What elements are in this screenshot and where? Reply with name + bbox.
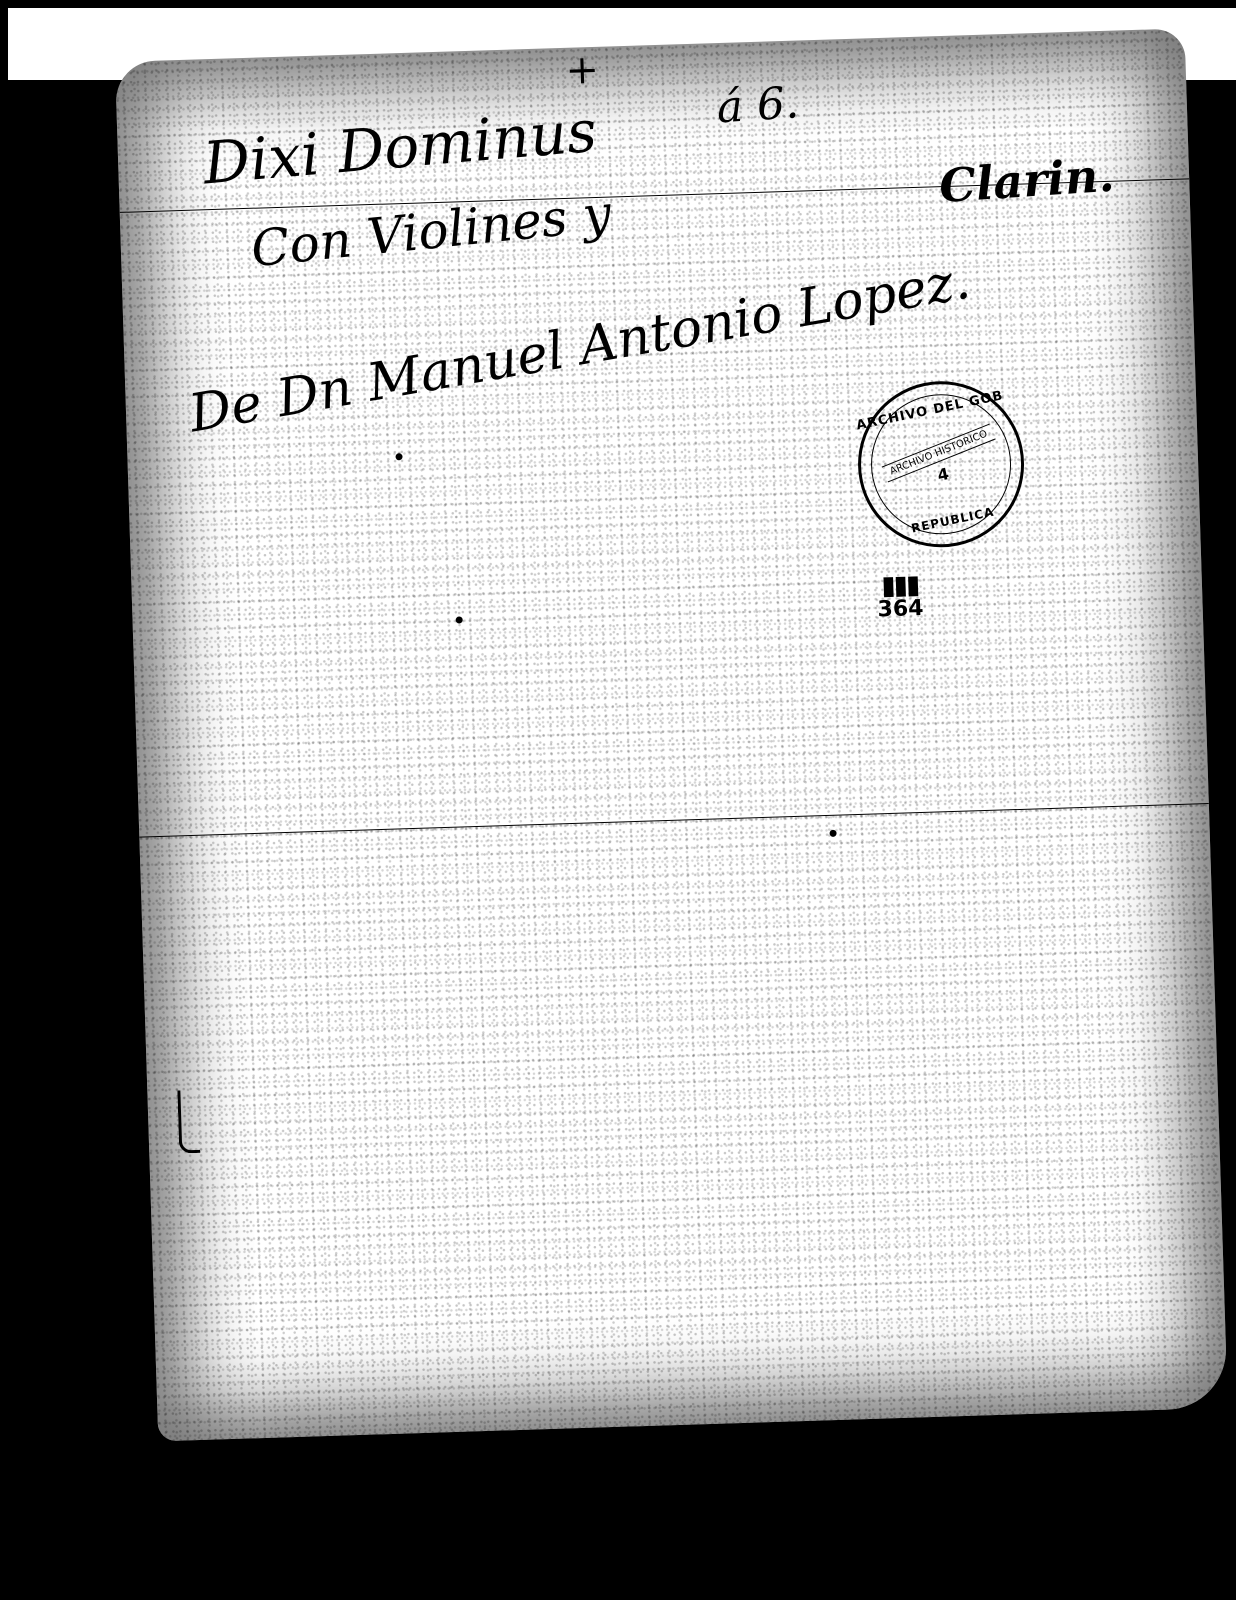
stamp-center-mark: 4 [936,464,951,485]
instrument-clarin: Clarin. [938,148,1116,213]
catalog-number: 364 [877,598,924,621]
cross-mark: + [565,47,600,94]
manuscript-page: + Dixi Dominus á 6. Clarin. Con Violines… [115,28,1228,1441]
instrumentation-prefix: Con [248,210,354,278]
ink-dot [308,1436,315,1441]
margin-bracket-mark [177,1090,200,1154]
catalog-mark: ▮▮▮ 364 [876,572,923,621]
voice-count: á 6. [715,77,800,133]
stamp-bottom-text: REPUBLICA [910,505,995,536]
stamp-middle-text: ARCHIVO HISTORICO [882,424,996,483]
